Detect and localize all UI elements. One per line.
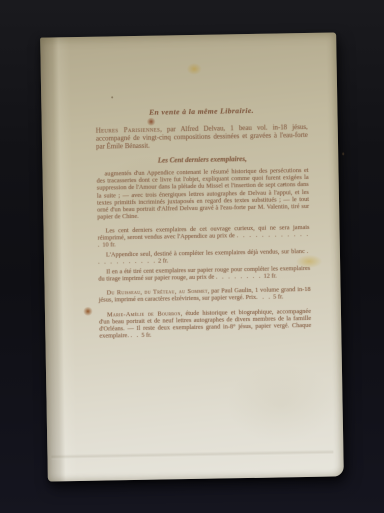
price-value: 10 fr. <box>102 242 115 249</box>
price-value: 5 fr. <box>141 332 151 339</box>
advert-text-block: En vente à la même Librairie. Heures Par… <box>95 105 311 343</box>
cent-derniers-subhead: Les Cent derniers exemplaires, <box>96 154 308 166</box>
price-entry: L'Appendice seul, destiné à compléter le… <box>98 248 310 266</box>
price-text: Il en a été tiré cent exemplaires sur pa… <box>98 265 310 283</box>
price-entry: Il en a été tiré cent exemplaires sur pa… <box>98 265 310 283</box>
book-title: Heures Parisiennes <box>96 127 160 135</box>
listing-heures-parisiennes: Heures Parisiennes, par Alfred Delvau, 1… <box>96 124 308 152</box>
appendix-note: augmentés d'un Appendice contenant le ré… <box>96 167 309 221</box>
paper-speck <box>111 96 113 98</box>
photo-background: En vente à la même Librairie. Heures Par… <box>0 0 384 513</box>
listing-marie-amelie: Marie-Amélie de Bourbon, étude historiqu… <box>99 308 311 340</box>
price-entry: Les cent derniers exemplaires de cet ouv… <box>97 224 309 249</box>
price-value: 5 fr. <box>273 294 283 301</box>
dot-leader: . . . <box>256 294 271 301</box>
price-value: 2 fr. <box>158 258 168 265</box>
dot-leader: . . . . . . . . <box>216 273 262 281</box>
listing-ruisseau: Du Ruisseau, du Tréteau, au Sommet, par … <box>99 286 311 304</box>
paper-speck <box>342 152 344 155</box>
dot-leader: . . <box>130 332 139 339</box>
paper-page: En vente à la même Librairie. Heures Par… <box>40 32 344 481</box>
price-value: 12 fr. <box>264 273 277 280</box>
